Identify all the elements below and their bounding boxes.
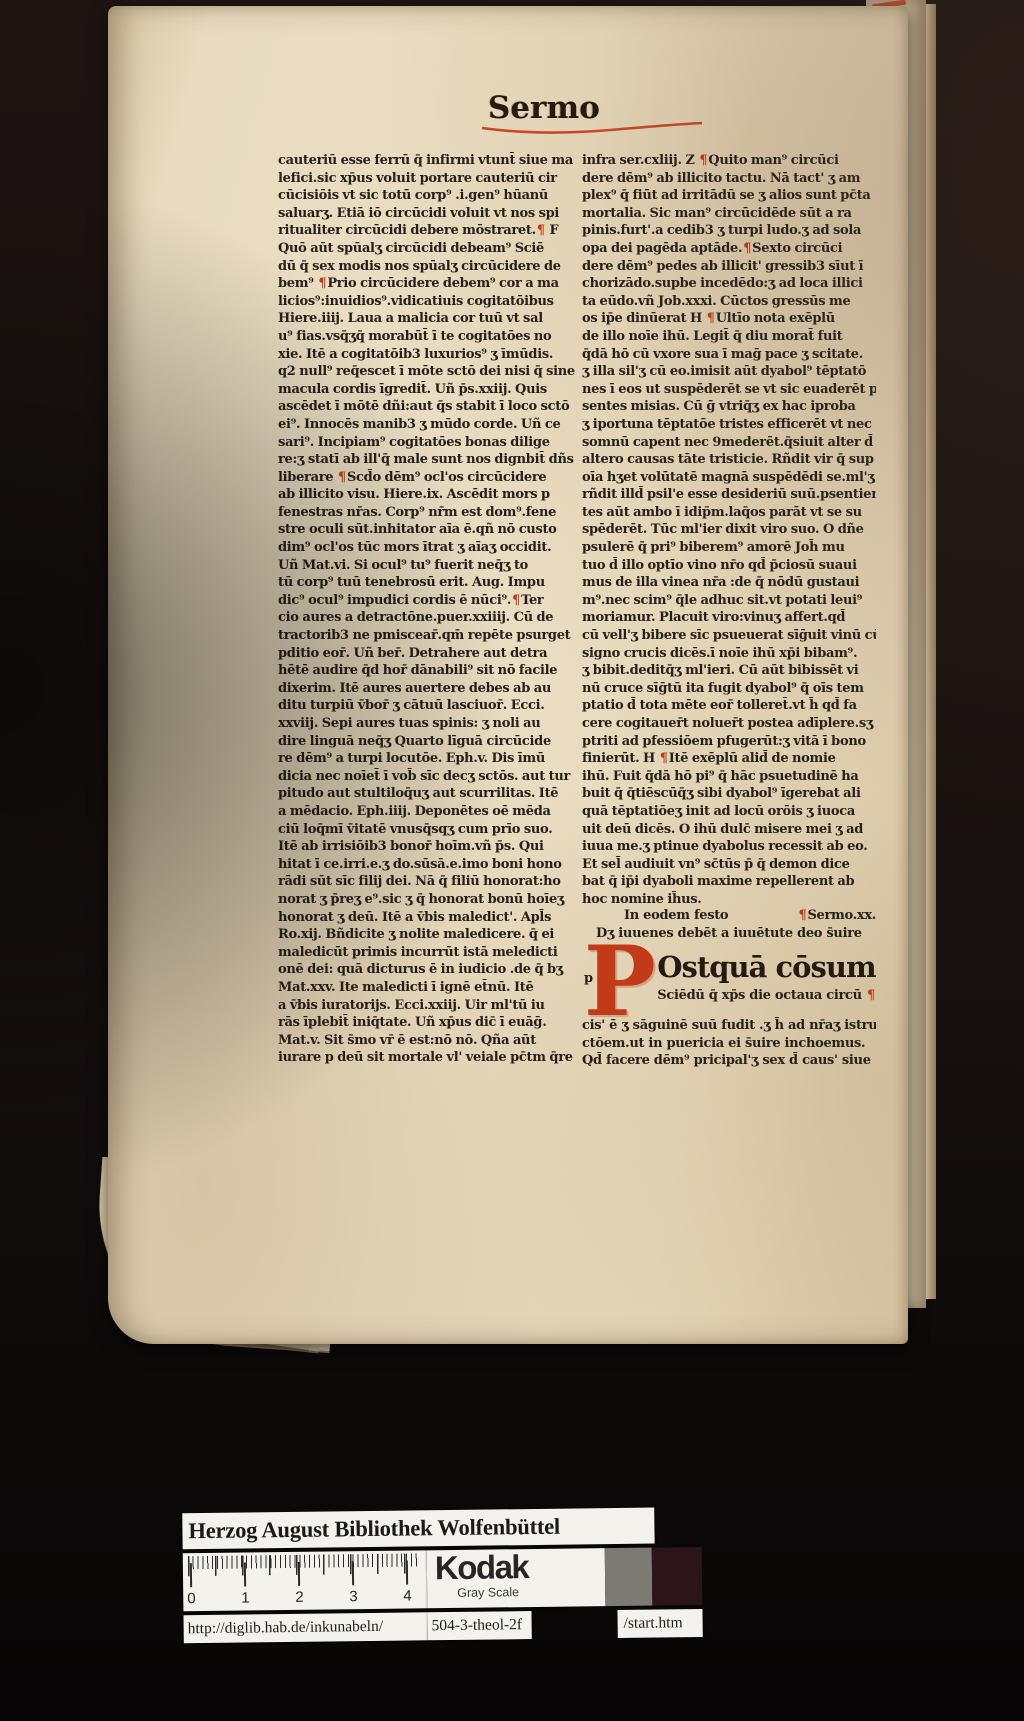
incipit-right: Ostquā cōsum Sciēdū q̄ xp̄s die octaua c… [657,945,876,1017]
text-line: licios⁹:inuidios⁹.vidicatiuis cogitatōib… [278,293,576,311]
text-line: plex⁹ q̄ fiūt ad irritādū se ʒ alios sun… [582,187,876,205]
text-line: ʒ illa sil'ʒ cū eo.imisit aūt dyabol⁹ tē… [582,363,876,381]
ruler-number: 2 [295,1589,304,1606]
digitization-url: http://diglib.hab.de/inkunabeln/ [183,1612,427,1643]
text-line: pitudo aut stultiloq̄uʒ aut scurrilitas.… [278,785,576,803]
text-column-left: cauteriū esse ferrū q̄ infirmi vtunt̄ si… [278,152,576,1067]
text-line: sentes misias. Cū ḡ vtriq̄ʒ ex hac iprob… [582,398,876,416]
text-line: tū corp⁹ tuū tenebrosū erit. Aug. Impu [278,574,576,592]
ruler-number: 0 [187,1590,196,1607]
text-line: honorat ʒ deū. Itē a v̄bis maledict'. Ap… [278,909,576,927]
text-line: cū vell'ʒ bibere sīc psueuerat sīḡuit vi… [582,627,876,645]
text-line: altero causas tāte tristicie. Rñdit vir … [582,451,876,469]
text-line: m⁹.nec scim⁹ q̄le adhuc sit.vt potati le… [582,592,876,610]
text-line: stre oculi sūt.inhitator aīa ē.qñ nō cus… [278,521,576,539]
text-line: u⁹ fias.vsq̄ʒq̄ morabūt̄ ī te cogitatōes… [278,328,576,346]
text-line: tuo d̄ illo optīo vino nr̄o qd̄ p̄ciosū … [582,557,876,575]
festo-line: In eodem festo ¶Sermo.xx. [582,907,876,925]
text-line: macula cordis īgredit̄. Uñ p̄s.xxiij. Qu… [278,381,576,399]
text-line: mortalia. Sic man⁹ circūcidēde sūt a ra [582,205,876,223]
sermon-incipit: In eodem festo ¶Sermo.xx. Dʒ iuuenes deb… [582,907,876,1070]
text-line: saluarʒ. Etiā iō circūcidi voluit vt nos… [278,205,576,223]
text-line: Ro.xij. Bñdicite ʒ nolite maledicere. q̄… [278,926,576,944]
text-line: psulerē q̄ pri⁹ biberem⁹ amorē Joh̄ mu [582,539,876,557]
text-line: onē dei: quā dicturus ē in iudicio .de q… [278,961,576,979]
book-page: Sermo cauteriū esse ferrū q̄ infirmi vtu… [108,6,908,1344]
text-line: hoc nomine ih̄us. [582,891,876,909]
rubricator-guide-letter: p [584,971,593,986]
text-line: dic⁹ ocul⁹ impudici cordis ē nūci⁹.¶Ter [278,592,576,610]
text-line: maledicūt primis incurrūt istā meledicti [278,944,576,962]
text-line: dere dēm⁹ pedes ab illicit' gressib3 sīu… [582,258,876,276]
gray-patch-light [605,1548,653,1607]
text-line: cauteriū esse ferrū q̄ infirmi vtunt̄ si… [278,152,576,170]
text-line: rās īplebit̄ iniq̄tate. Uñ xp̄us dic̄ ī … [278,1014,576,1032]
text-line: ab illicito visu. Hiere.ix. Ascēdit mors… [278,486,576,504]
text-line: Uñ Mat.vi. Si ocul⁹ tu⁹ fuerit neq̄ʒ to [278,557,576,575]
book-block-edge [926,4,936,1299]
festo-left-text: In eodem festo [624,907,728,925]
mm-ruler: 01234 [183,1550,428,1611]
text-line: moriamur. Placuit viro:vinuʒ affert.qd̄ [582,609,876,627]
text-column-right: infra ser.cxliij. Z ¶Quito man⁹ circūcid… [582,152,876,909]
gray-scale-label: Gray Scale [427,1584,605,1600]
text-line: a v̄bis iuratorijs. Ecci.xxiij. Uir ml't… [278,997,576,1015]
incipit-beside-lines: Sciēdū q̄ xp̄s die octaua circū ¶ [657,987,876,1005]
ruler-number: 4 [403,1588,412,1605]
ruler-number: 1 [241,1589,250,1606]
text-line: Hiere.iiij. Laua a malicia cor tuū vt sa… [278,310,576,328]
text-line: nes ī eos ut suspēderēt se vt sic euader… [582,381,876,399]
text-line: spēderēt. Tūc ml'ier dixit viro suo. O d… [582,521,876,539]
text-line: a mēdacio. Eph.iiij. Deponētes oē mēda [278,803,576,821]
text-line: ei⁹. Innocēs manib3 ʒ mūdo corde. Uñ ce [278,416,576,434]
text-line: de illo noīe ihū. Legit̄ q̄ diu morat̄ f… [582,328,876,346]
text-line: sari⁹. Incipiam⁹ cogitatōes bonas dilige [278,434,576,452]
library-label: Herzog August Bibliothek Wolfenbüttel 01… [179,1503,726,1646]
kodak-gray-scale: Kodak Gray Scale [427,1548,606,1608]
text-line: Qd̄ facere dēm⁹ pricipal'ʒ sex d̄ caus' … [582,1052,876,1070]
text-line: cūcisiōis vt sic totū corp⁹ .i.gen⁹ hūan… [278,187,576,205]
text-line: oīa hʒet volūtatē magnā suspēdēdi se.ml'… [582,469,876,487]
text-line: signo crucis dicēs.ī noīe ihū xp̄i bibam… [582,645,876,663]
text-line: uit deū dicēs. O ihū dulc̄ misere mei ʒ … [582,821,876,839]
text-line: q̄dā hō cū vxore sua ī maḡ pace ʒ scitat… [582,346,876,364]
text-line: dixerim. Itē aures auertere debes ab au [278,680,576,698]
text-line: bat q̄ ip̄i dyaboli maxime repellerent a… [582,873,876,891]
text-line: tes aūt ambo ī idip̄m.laq̄os parāt vt se… [582,504,876,522]
kodak-logo: Kodak [427,1548,605,1586]
text-line: Mat.xxv. Ite maledicti ī ignē et̄nū. Itē [278,979,576,997]
rubric-underline [480,120,705,140]
text-line: re dēm⁹ a turpi locutōe. Eph.v. Dis īmū [278,750,576,768]
text-line: ditu turpiū v̄bor̄ ʒ cātuū lasciuor̄. Ec… [278,697,576,715]
text-line: fenestras nr̄as. Corp⁹ nr̄m est dom⁹.fen… [278,504,576,522]
text-line: ptatio d̄ tota mēte eor̄ tolleret̄.vt h̄… [582,697,876,715]
text-line: ihū. Fuit q̄dā hō pi⁹ q̄ hāc psuetudinē … [582,768,876,786]
text-line: Sciēdū q̄ xp̄s die octaua circū ¶ [657,987,876,1005]
text-line: ciū loq̄mī v̄itatē vnusq̄sqʒ cum prīo su… [278,821,576,839]
text-line: pinis.furt'.a cedib3 ʒ turpi ludo.ʒ ad s… [582,222,876,240]
text-line: liberare ¶Scd̄o dēm⁹ ocl'os circūcidere [278,469,576,487]
text-line: rñdit illd̄ psil'e esse desideriū suū.ps… [582,486,876,504]
ruler-number: 3 [349,1588,358,1605]
text-line: cio aures a detractōne.puer.xxiiij. Cū d… [278,609,576,627]
sermon-number: ¶Sermo.xx. [797,907,876,925]
text-line: dū q̄ sex modis nos spūalʒ circūcidere d… [278,258,576,276]
ruler-ticks-major [188,1553,420,1576]
text-line: ptriti ad pfessiōem pfugerūt:ʒ vitā ī bo… [582,733,876,751]
text-line: ʒ iportuna tēptatōe tristes efficerēt vt… [582,416,876,434]
incipit-row: p P Ostquā cōsum Sciēdū q̄ xp̄s die octa… [582,945,876,1017]
text-line: tractorib3 ne pmiscear̄.qm̄ repēte psurg… [278,627,576,645]
text-line: finierūt. H ¶Itē exēplū alid̄ de nomie [582,750,876,768]
text-line: buit q̄ q̄tiēscūq̄ʒ sibi dyabol⁹ īgereba… [582,785,876,803]
text-line: infra ser.cxliij. Z ¶Quito man⁹ circūci [582,152,876,170]
text-line: lefici.sic xp̄us voluit portare cauteriū… [278,170,576,188]
text-line: iurare p deū sit mortale vl' veiale pc̄t… [278,1049,576,1067]
text-line: norat ʒ p̄reʒ e⁹.sic ʒ q̄ honorat bonū h… [278,891,576,909]
text-line: quā tēptatiōeʒ init ad locū orōis ʒ iuoc… [582,803,876,821]
text-line: Et sel̄ audiuit vn⁹ sc̄tūs p̄ q̄ demon d… [582,856,876,874]
text-line: ritualiter circūcidi debere mōstraret.¶ … [278,222,576,240]
scanned-book-photo: { "colors":{"paper":"#e9dcc1","ink":"#27… [0,0,1024,1721]
text-line: mus de illa vinea nr̄a :de q̄ nōdū gusta… [582,574,876,592]
text-line: cere cogitauer̄t noluer̄t postea adīpler… [582,715,876,733]
text-line: hētē audire q̄d hor̄ dānabili⁹ sit nō fa… [278,662,576,680]
text-line: re:ʒ statī ab ill'q̄ male sunt nos dignb… [278,451,576,469]
text-line: dim⁹ ocl'os tūc mors ītrat ʒ aīaʒ occidi… [278,539,576,557]
text-line: q2 null⁹ req̄escet ī mōte sctō dei nisi … [278,363,576,381]
rubric-initial: P [582,945,657,1017]
text-line: bem⁹ ¶Prio circūcidere debem⁹ cor a ma [278,275,576,293]
text-line: xxviij. Sepi aures tuas spinis: ʒ noli a… [278,715,576,733]
text-line: dere dēm⁹ ab illicito tactu. Nā tact' ʒ … [582,170,876,188]
text-line: chorizādo.supbe incedēdo:ʒ ad loca illic… [582,275,876,293]
incipit-large-text: Ostquā cōsum [657,947,876,987]
text-line: ascēdet ī mōtē dñi:aut q̄s stabit ī loco… [278,398,576,416]
text-line: rādi sūt sīc filij dei. Nā q̄ filiū hono… [278,873,576,891]
pilcrow-mark: ¶ [797,908,807,923]
text-line: os ip̄e dinūerat H ¶Ultīo nota exēplū [582,310,876,328]
shelfmark: 504-3-theol-2f [427,1611,531,1640]
text-line: iuua me.ʒ ptinue dyabolus recessit ab eo… [582,838,876,856]
text-line: xie. Itē a cogitatōib3 luxurios⁹ ʒ īmūdi… [278,346,576,364]
text-line: somnū capent nec 9mederēt.q̄siuit alter … [582,434,876,452]
text-line: dicia nec noīet̄ ī vob̄ sīc decʒ sctōs. … [278,768,576,786]
text-line: ʒ bibit.deditq̄ʒ ml'ieri. Cū aūt bibissē… [582,662,876,680]
gray-patch-dark [652,1547,703,1606]
text-line: dire linguā neq̄ʒ Quarto līguā circūcide [278,733,576,751]
text-line: opa dei pagēda aptāde.¶Sexto circūci [582,240,876,258]
text-line: pditio eor̄. Uñ ber̄. Detrahere aut detr… [278,645,576,663]
text-line: nū cruce sīḡtū ita fugit dyabol⁹ q̄ oīs … [582,680,876,698]
text-line: Quō aūt spūalʒ circūcidi debeam⁹ Sciē [278,240,576,258]
text-line: Mat.v. Sit s̄mo vr̄ ē est:nō nō. Qña aūt [278,1032,576,1050]
text-line: ta eūdo.vñ Job.xxxi. Cūctos gressūs me [582,293,876,311]
library-name: Herzog August Bibliothek Wolfenbüttel [182,1508,654,1550]
text-line: Itē ab irrisiōib3 bonor̄ hoīm.vñ p̄s. Qu… [278,838,576,856]
start-url: /start.htm [617,1609,702,1638]
text-line: hitat ī ce.irri.e.ʒ do.sūsā.e.imo boni h… [278,856,576,874]
